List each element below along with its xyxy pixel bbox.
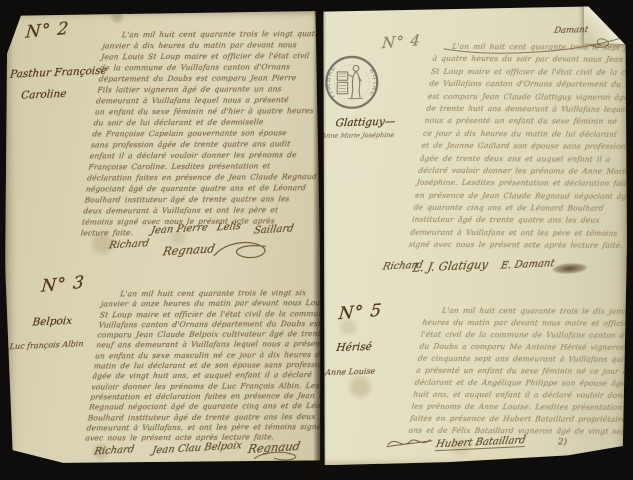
entry5-signature-bataillard: Hubert Bataillard: [435, 435, 527, 451]
entry2-signature-witness1: Lelis: [216, 221, 242, 234]
entry3-signature-paraph: [252, 449, 302, 463]
entry3-body-text: L'an mil huit cent quarante trois le vin…: [85, 288, 319, 444]
entry5-margin-name-2: Anne Louise: [325, 367, 376, 378]
entry2-signature-paraph: [211, 237, 273, 263]
entry4-signature-glatiguy: L. J. Glatiguy: [411, 257, 489, 275]
entry2-signature-officer: Richard: [108, 238, 150, 251]
entry3-number: N° 3: [41, 272, 86, 296]
stamp-figure: [337, 65, 363, 98]
entry4-body-text: L'an mil huit cent quarante trois le sep…: [408, 41, 631, 253]
entry2-margin-name: Pasthur Françoise: [9, 65, 107, 81]
page-mark: 2): [558, 437, 567, 447]
entry5-struck-scribble: [386, 433, 434, 453]
entry5-margin-name: Hérisé: [336, 341, 373, 354]
entry3-margin-name-2: Luc françois Albin: [9, 339, 84, 351]
timbre-royal-stamp: TIMBRE ROYAL: [324, 54, 380, 110]
entry3-signature-officer: Richard: [93, 444, 135, 457]
entry3-margin-name: Belpoix: [32, 315, 73, 329]
right-page: Damant N° 4 TIMBRE ROYAL: [320, 4, 628, 467]
register-scan: N° 2 Pasthur Françoise Caroline L'an mil…: [0, 0, 633, 480]
binding-seam: [313, 0, 327, 480]
entry4-signature-damant: E. Damant: [500, 258, 556, 272]
left-page: N° 2 Pasthur Françoise Caroline L'an mil…: [4, 11, 322, 466]
entry4-margin-name: Glattiguy—: [335, 116, 396, 130]
entry4-number: N° 4: [381, 31, 421, 52]
entry5-number: N° 5: [338, 301, 383, 325]
entry2-margin-name-2: Caroline: [21, 88, 67, 102]
entry2-body-text: L'an mil huit cent quarante trois le vin…: [80, 28, 318, 238]
entry5-body-text: L'an mil huit cent quarante trois le dix…: [408, 305, 627, 438]
entry2-signature-regnaud: Regnaud: [162, 241, 216, 258]
entry4-margin-name-2: Anne Marie Joséphine: [321, 131, 395, 140]
entry2-number: N° 2: [25, 19, 70, 43]
entry4-signature-blot: [553, 262, 588, 274]
